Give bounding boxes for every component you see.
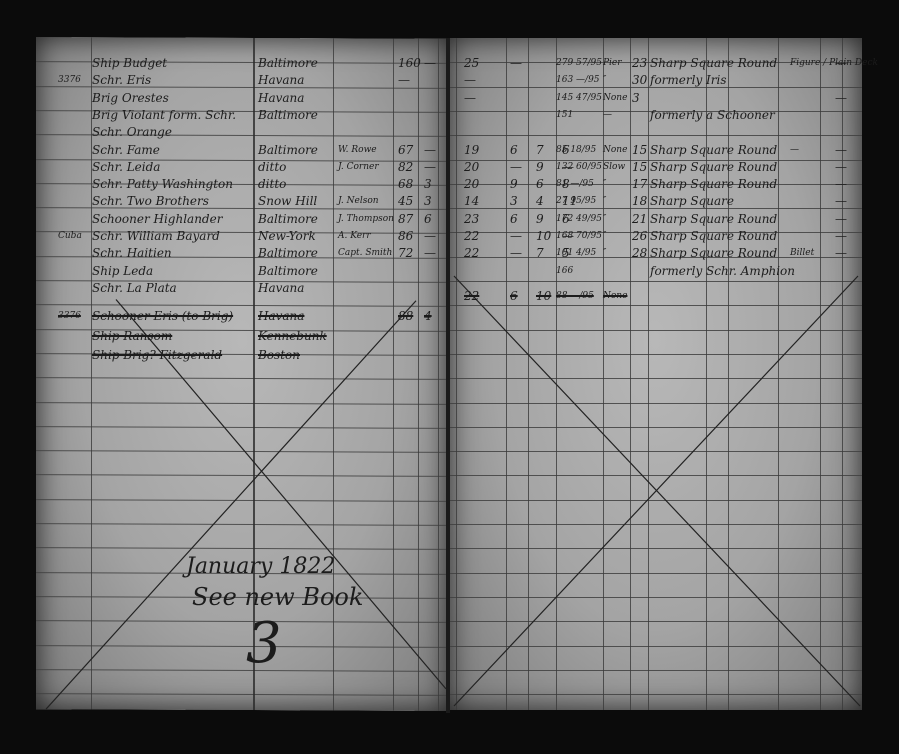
ruled-line xyxy=(36,547,448,550)
tons-fraction: — xyxy=(424,160,436,174)
tons-value: 86 xyxy=(398,229,413,243)
tons-fraction: 6 xyxy=(424,212,432,226)
ruled-line xyxy=(448,135,862,136)
build-description: Sharp Square Round xyxy=(650,160,777,174)
measure-col-3: 7 xyxy=(536,246,544,260)
ruled-line xyxy=(448,670,862,671)
measure-col-2: 3 xyxy=(510,194,518,208)
measure-col-2: 6 xyxy=(510,143,518,157)
measure-col-3: 10 xyxy=(536,229,551,243)
tons-fraction: — xyxy=(424,56,436,70)
tonnage-value: 145 47/95 xyxy=(556,91,602,105)
column-rule xyxy=(506,38,507,710)
column-rule xyxy=(393,39,394,711)
column-rule xyxy=(603,38,604,710)
ruled-line xyxy=(448,694,862,695)
end-mark: — xyxy=(835,143,847,157)
build-description: Sharp Square Round xyxy=(650,229,777,243)
vessel-name: Schr. La Plata xyxy=(92,281,177,295)
home-port: Havana xyxy=(258,281,304,295)
end-mark: — xyxy=(835,212,847,226)
end-mark: — xyxy=(835,177,847,191)
home-port: New-York xyxy=(258,229,316,243)
length-value: — xyxy=(464,73,476,87)
cancellation-cross-mark xyxy=(448,38,862,710)
build-description: Sharp Square Round xyxy=(650,177,777,191)
home-port: Snow Hill xyxy=(258,194,317,208)
column-rule xyxy=(778,38,779,710)
vessel-name: Ship Ransom xyxy=(92,329,172,343)
home-port: Boston xyxy=(258,348,300,362)
home-port: Baltimore xyxy=(258,56,318,70)
tons-fraction: 4 xyxy=(424,309,432,323)
type-mark: ″ xyxy=(603,229,606,243)
build-description: formerly Iris xyxy=(650,73,727,87)
master-name: A. Kerr xyxy=(338,229,371,243)
tonnage-value: 88 —/95 xyxy=(556,289,594,303)
build-description: Sharp Square Round xyxy=(650,143,777,157)
measure-col-3: 9 xyxy=(536,160,544,174)
home-port: Havana xyxy=(258,309,304,323)
ruled-line xyxy=(448,524,862,525)
type-mark: ″ xyxy=(603,194,606,208)
day-number: 3 xyxy=(632,91,640,105)
home-port: Havana xyxy=(258,91,304,105)
ruled-line xyxy=(448,354,862,355)
vessel-name: Schr. Orange xyxy=(92,125,172,139)
home-port: Baltimore xyxy=(258,108,318,122)
master-name: J. Nelson xyxy=(338,194,379,208)
length-value: 14 xyxy=(464,194,479,208)
master-name: W. Rowe xyxy=(338,143,377,157)
build-description: Sharp Square Round xyxy=(650,246,777,260)
tons-fraction: — xyxy=(424,143,436,157)
measure-col-3: 9 xyxy=(536,212,544,226)
home-port: Havana xyxy=(258,73,304,87)
ruled-line xyxy=(448,646,862,647)
tonnage-value: 172 49/95 xyxy=(556,212,602,226)
tonnage-value: 85 18/95 xyxy=(556,143,596,157)
signature-flourish: 3 xyxy=(246,616,282,672)
day-number: 17 xyxy=(632,177,647,191)
ruled-line xyxy=(36,377,448,380)
end-mark: — xyxy=(835,246,847,260)
ruled-line xyxy=(36,645,448,648)
length-value: 22 xyxy=(464,289,479,303)
length-value: 22 xyxy=(464,229,479,243)
tonnage-value: 163 —/95 xyxy=(556,73,600,87)
measure-col-2: — xyxy=(510,56,522,70)
row-note: 3376 xyxy=(58,73,81,87)
length-value: 20 xyxy=(464,160,479,174)
tonnage-value: 101 4/95 xyxy=(556,246,596,260)
day-number: 15 xyxy=(632,143,647,157)
tons-fraction: — xyxy=(424,246,436,260)
vessel-name: Brig Orestes xyxy=(92,91,169,105)
length-value: 19 xyxy=(464,143,479,157)
vessel-name: Brig Violant form. Schr. xyxy=(92,108,236,122)
type-mark: Pier xyxy=(603,56,622,70)
tonnage-value: 81 —/95 xyxy=(556,177,594,191)
column-rule xyxy=(456,38,457,710)
right-ledger-page xyxy=(448,38,862,710)
day-number: 26 xyxy=(632,229,647,243)
row-note: Cuba xyxy=(58,229,82,243)
vessel-name: Schr. Patty Washington xyxy=(92,177,233,191)
end-mark: — xyxy=(835,194,847,208)
build-description: Sharp Square Round xyxy=(650,56,777,70)
measure-col-2: — xyxy=(510,160,522,174)
home-port: Baltimore xyxy=(258,264,318,278)
tonnage-value: 132 60/95 xyxy=(556,160,602,174)
home-port: Baltimore xyxy=(258,143,318,157)
length-value: — xyxy=(464,91,476,105)
column-rule xyxy=(706,38,707,710)
ruled-line xyxy=(36,499,448,502)
ruled-line xyxy=(448,621,862,622)
type-mark: ″ xyxy=(603,246,606,260)
home-port: ditto xyxy=(258,177,286,191)
ruled-line xyxy=(36,402,448,405)
vessel-name: Schr. Eris xyxy=(92,73,151,87)
type-mark: None xyxy=(603,143,627,157)
build-description: formerly Schr. Amphion xyxy=(650,264,795,278)
ruled-line xyxy=(36,474,448,477)
ruled-line xyxy=(36,523,448,526)
vessel-name: Schooner Eris (to Brig) xyxy=(92,309,233,323)
measure-col-2: — xyxy=(510,246,522,260)
book-spine-gutter xyxy=(446,38,450,713)
build-description: Sharp Square Round xyxy=(650,212,777,226)
day-number: 18 xyxy=(632,194,647,208)
type-mark: — xyxy=(603,108,612,122)
day-number: 30 xyxy=(632,73,647,87)
ruled-line xyxy=(448,305,862,306)
ruled-line xyxy=(448,403,862,404)
measure-col-2: 6 xyxy=(510,289,518,303)
end-mark: — xyxy=(835,229,847,243)
tons-value: 87 xyxy=(398,212,413,226)
master-name: J. Thompson xyxy=(338,212,394,226)
measure-col-3: 4 xyxy=(536,194,544,208)
tons-value: 72 xyxy=(398,246,413,260)
build-description: formerly a Schooner xyxy=(650,108,775,122)
column-rule xyxy=(556,38,557,710)
master-name: J. Corner xyxy=(338,160,379,174)
measure-col-3: 7 xyxy=(536,143,544,157)
signature-date: January 1822 xyxy=(186,560,335,574)
ruled-line xyxy=(448,500,862,501)
tons-value: 160 xyxy=(398,56,421,70)
vessel-name: Ship Brig? Fitzgerald xyxy=(92,348,222,362)
ruled-line xyxy=(36,450,448,453)
tons-value: 68 xyxy=(398,177,413,191)
column-rule xyxy=(528,38,529,710)
ruled-line xyxy=(448,427,862,428)
ruled-line xyxy=(36,669,448,672)
type-mark: Slow xyxy=(603,160,625,174)
length-value: 23 xyxy=(464,212,479,226)
home-port: Baltimore xyxy=(258,212,318,226)
column-rule xyxy=(648,38,649,710)
tons-value: 88 xyxy=(398,309,413,323)
tons-fraction: 3 xyxy=(424,194,432,208)
remark: Billet xyxy=(790,246,814,260)
remark: Figure / Plain Deck xyxy=(790,56,878,70)
ruled-line xyxy=(448,378,862,379)
tonnage-value: 168 70/95 xyxy=(556,229,602,243)
column-rule xyxy=(630,38,631,710)
ruled-line xyxy=(448,330,862,331)
ruled-line xyxy=(448,281,862,282)
length-value: 22 xyxy=(464,246,479,260)
tons-value: 45 xyxy=(398,194,413,208)
ruled-line xyxy=(36,620,448,623)
tons-fraction: — xyxy=(424,229,436,243)
column-rule xyxy=(820,38,821,710)
measure-col-3: 10 xyxy=(536,289,551,303)
end-mark: — xyxy=(835,160,847,174)
vessel-name: Ship Leda xyxy=(92,264,153,278)
tonnage-value: 27 95/95 xyxy=(556,194,596,208)
ruled-line xyxy=(448,451,862,452)
vessel-name: Ship Budget xyxy=(92,56,167,70)
build-description: Sharp Square xyxy=(650,194,734,208)
length-value: 25 xyxy=(464,56,479,70)
length-value: 20 xyxy=(464,177,479,191)
home-port: Baltimore xyxy=(258,246,318,260)
ruled-line xyxy=(448,475,862,476)
ruled-line xyxy=(36,426,448,429)
master-name: Capt. Smith xyxy=(338,246,392,260)
day-number: 23 xyxy=(632,56,647,70)
type-mark: ″ xyxy=(603,177,606,191)
ruled-line xyxy=(36,693,448,696)
tonnage-value: 279 57/95 xyxy=(556,56,602,70)
end-mark: — xyxy=(835,56,847,70)
measure-col-2: 9 xyxy=(510,177,518,191)
ruled-line xyxy=(36,304,448,307)
vessel-name: Schr. Fame xyxy=(92,143,160,157)
tons-value: — xyxy=(398,73,410,87)
home-port: ditto xyxy=(258,160,286,174)
row-note: 3376 xyxy=(58,309,81,323)
column-rule xyxy=(728,38,729,710)
column-rule xyxy=(842,38,843,710)
vessel-name: Schr. William Bayard xyxy=(92,229,220,243)
vessel-name: Schr. Haitien xyxy=(92,246,172,260)
signature-see-new-book: See new Book xyxy=(192,590,363,604)
remark: — xyxy=(790,143,799,157)
tonnage-value: 166 xyxy=(556,264,573,278)
home-port: Kennebunk xyxy=(258,329,327,343)
type-mark: None xyxy=(603,91,627,105)
ruled-line xyxy=(448,573,862,574)
measure-col-2: 6 xyxy=(510,212,518,226)
ruled-line xyxy=(448,597,862,598)
column-rule xyxy=(418,39,419,711)
type-mark: ″ xyxy=(603,212,606,226)
type-mark: ″ xyxy=(603,73,606,87)
day-number: 21 xyxy=(632,212,647,226)
ruled-line xyxy=(448,548,862,549)
tons-fraction: 3 xyxy=(424,177,432,191)
type-mark: None xyxy=(603,289,627,303)
end-mark: — xyxy=(835,91,847,105)
measure-col-2: — xyxy=(510,229,522,243)
day-number: 15 xyxy=(632,160,647,174)
tonnage-value: 151 xyxy=(556,108,573,122)
vessel-name: Schooner Highlander xyxy=(92,212,222,226)
day-number: 28 xyxy=(632,246,647,260)
tons-value: 67 xyxy=(398,143,413,157)
tons-value: 82 xyxy=(398,160,413,174)
vessel-name: Schr. Two Brothers xyxy=(92,194,209,208)
measure-col-3: 6 xyxy=(536,177,544,191)
vessel-name: Schr. Leida xyxy=(92,160,160,174)
column-rule xyxy=(438,39,439,711)
